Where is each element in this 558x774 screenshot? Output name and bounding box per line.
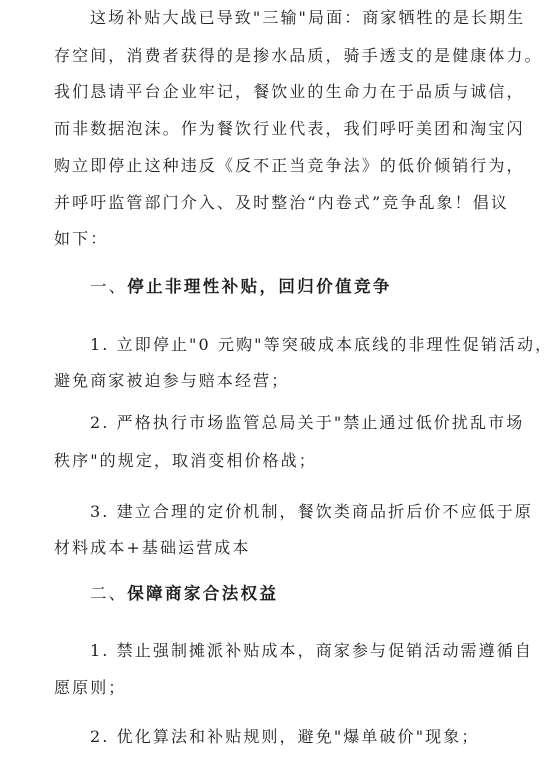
item-line: 避免商家被迫参与赔本经营；: [54, 371, 534, 391]
section-1-heading: 一、停止非理性补贴，回归价值竞争: [90, 277, 558, 297]
intro-line-7: 如下：: [54, 229, 534, 249]
section-2-heading: 二、保障商家合法权益: [90, 584, 558, 604]
section-1-title: 停止非理性补贴，回归价值竞争: [127, 277, 392, 296]
item-line: 1. 禁止强制摊派补贴成本，商家参与促销活动需遵循自: [90, 641, 558, 661]
item-line: 材料成本+基础运营成本: [54, 538, 534, 558]
intro-line-4: 而非数据泡沫。作为餐饮行业代表，我们呼吁美团和淘宝闪: [54, 119, 534, 139]
intro-line-6: 并呼吁监管部门介入、及时整治“内卷式”竞争乱象！倡议: [54, 193, 534, 213]
section-2-title: 保障商家合法权益: [127, 584, 278, 603]
intro-line-2: 存空间，消费者获得的是掺水品质，骑手透支的是健康体力。: [54, 46, 534, 66]
section-2-number: 二、: [90, 584, 127, 603]
intro-line-1: 这场补贴大战已导致"三输"局面：商家牺牲的是长期生: [90, 8, 558, 28]
item-line: 2. 严格执行市场监管总局关于"禁止通过低价扰乱市场: [90, 413, 558, 433]
intro-line-5: 购立即停止这种违反《反不正当竞争法》的低价倾销行为，: [54, 156, 534, 176]
item-line: 3. 建立合理的定价机制，餐饮类商品折后价不应低于原: [90, 502, 558, 522]
item-line: 愿原则；: [54, 678, 534, 698]
item-line: 秩序"的规定，取消变相价格战；: [54, 451, 534, 471]
item-line: 1. 立即停止"0 元购"等突破成本底线的非理性促销活动，: [90, 335, 558, 355]
intro-line-3: 我们恳请平台企业牢记，餐饮业的生命力在于品质与诚信，: [54, 82, 534, 102]
item-line: 2. 优化算法和补贴规则，避免"爆单破价"现象；: [90, 727, 558, 747]
section-1-number: 一、: [90, 277, 127, 296]
